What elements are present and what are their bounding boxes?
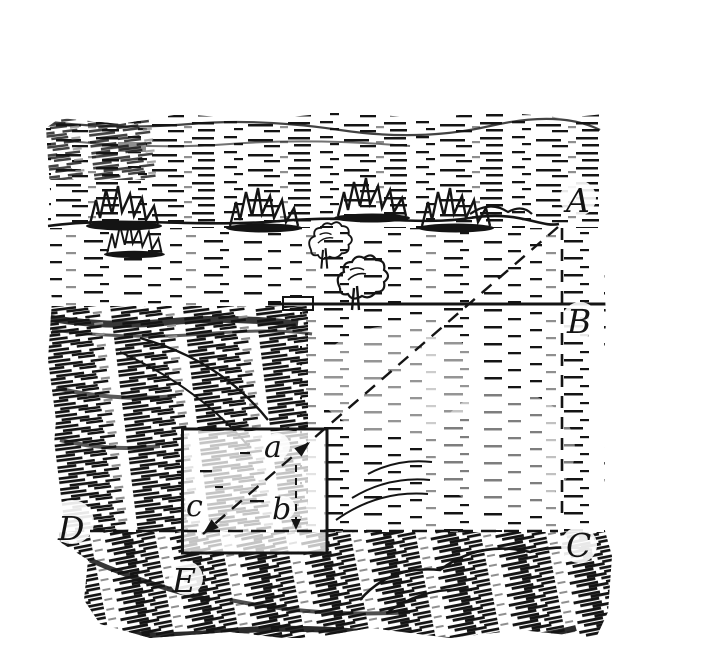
label-point-C: C xyxy=(566,526,591,565)
label-point-A: A xyxy=(563,181,590,220)
foreground-hatching xyxy=(46,532,612,641)
label-point-b: b xyxy=(272,492,291,527)
figure-canvas: A B C D E a b c xyxy=(0,0,725,662)
landscape-texture xyxy=(40,106,620,646)
engraving-illustration: A B C D E a b c xyxy=(0,0,725,662)
label-point-a: a xyxy=(264,430,282,465)
sky-hatching xyxy=(46,112,606,228)
label-point-E: E xyxy=(171,561,196,600)
label-point-D: D xyxy=(57,509,84,548)
label-point-B: B xyxy=(566,302,591,341)
label-point-c: c xyxy=(186,489,203,524)
